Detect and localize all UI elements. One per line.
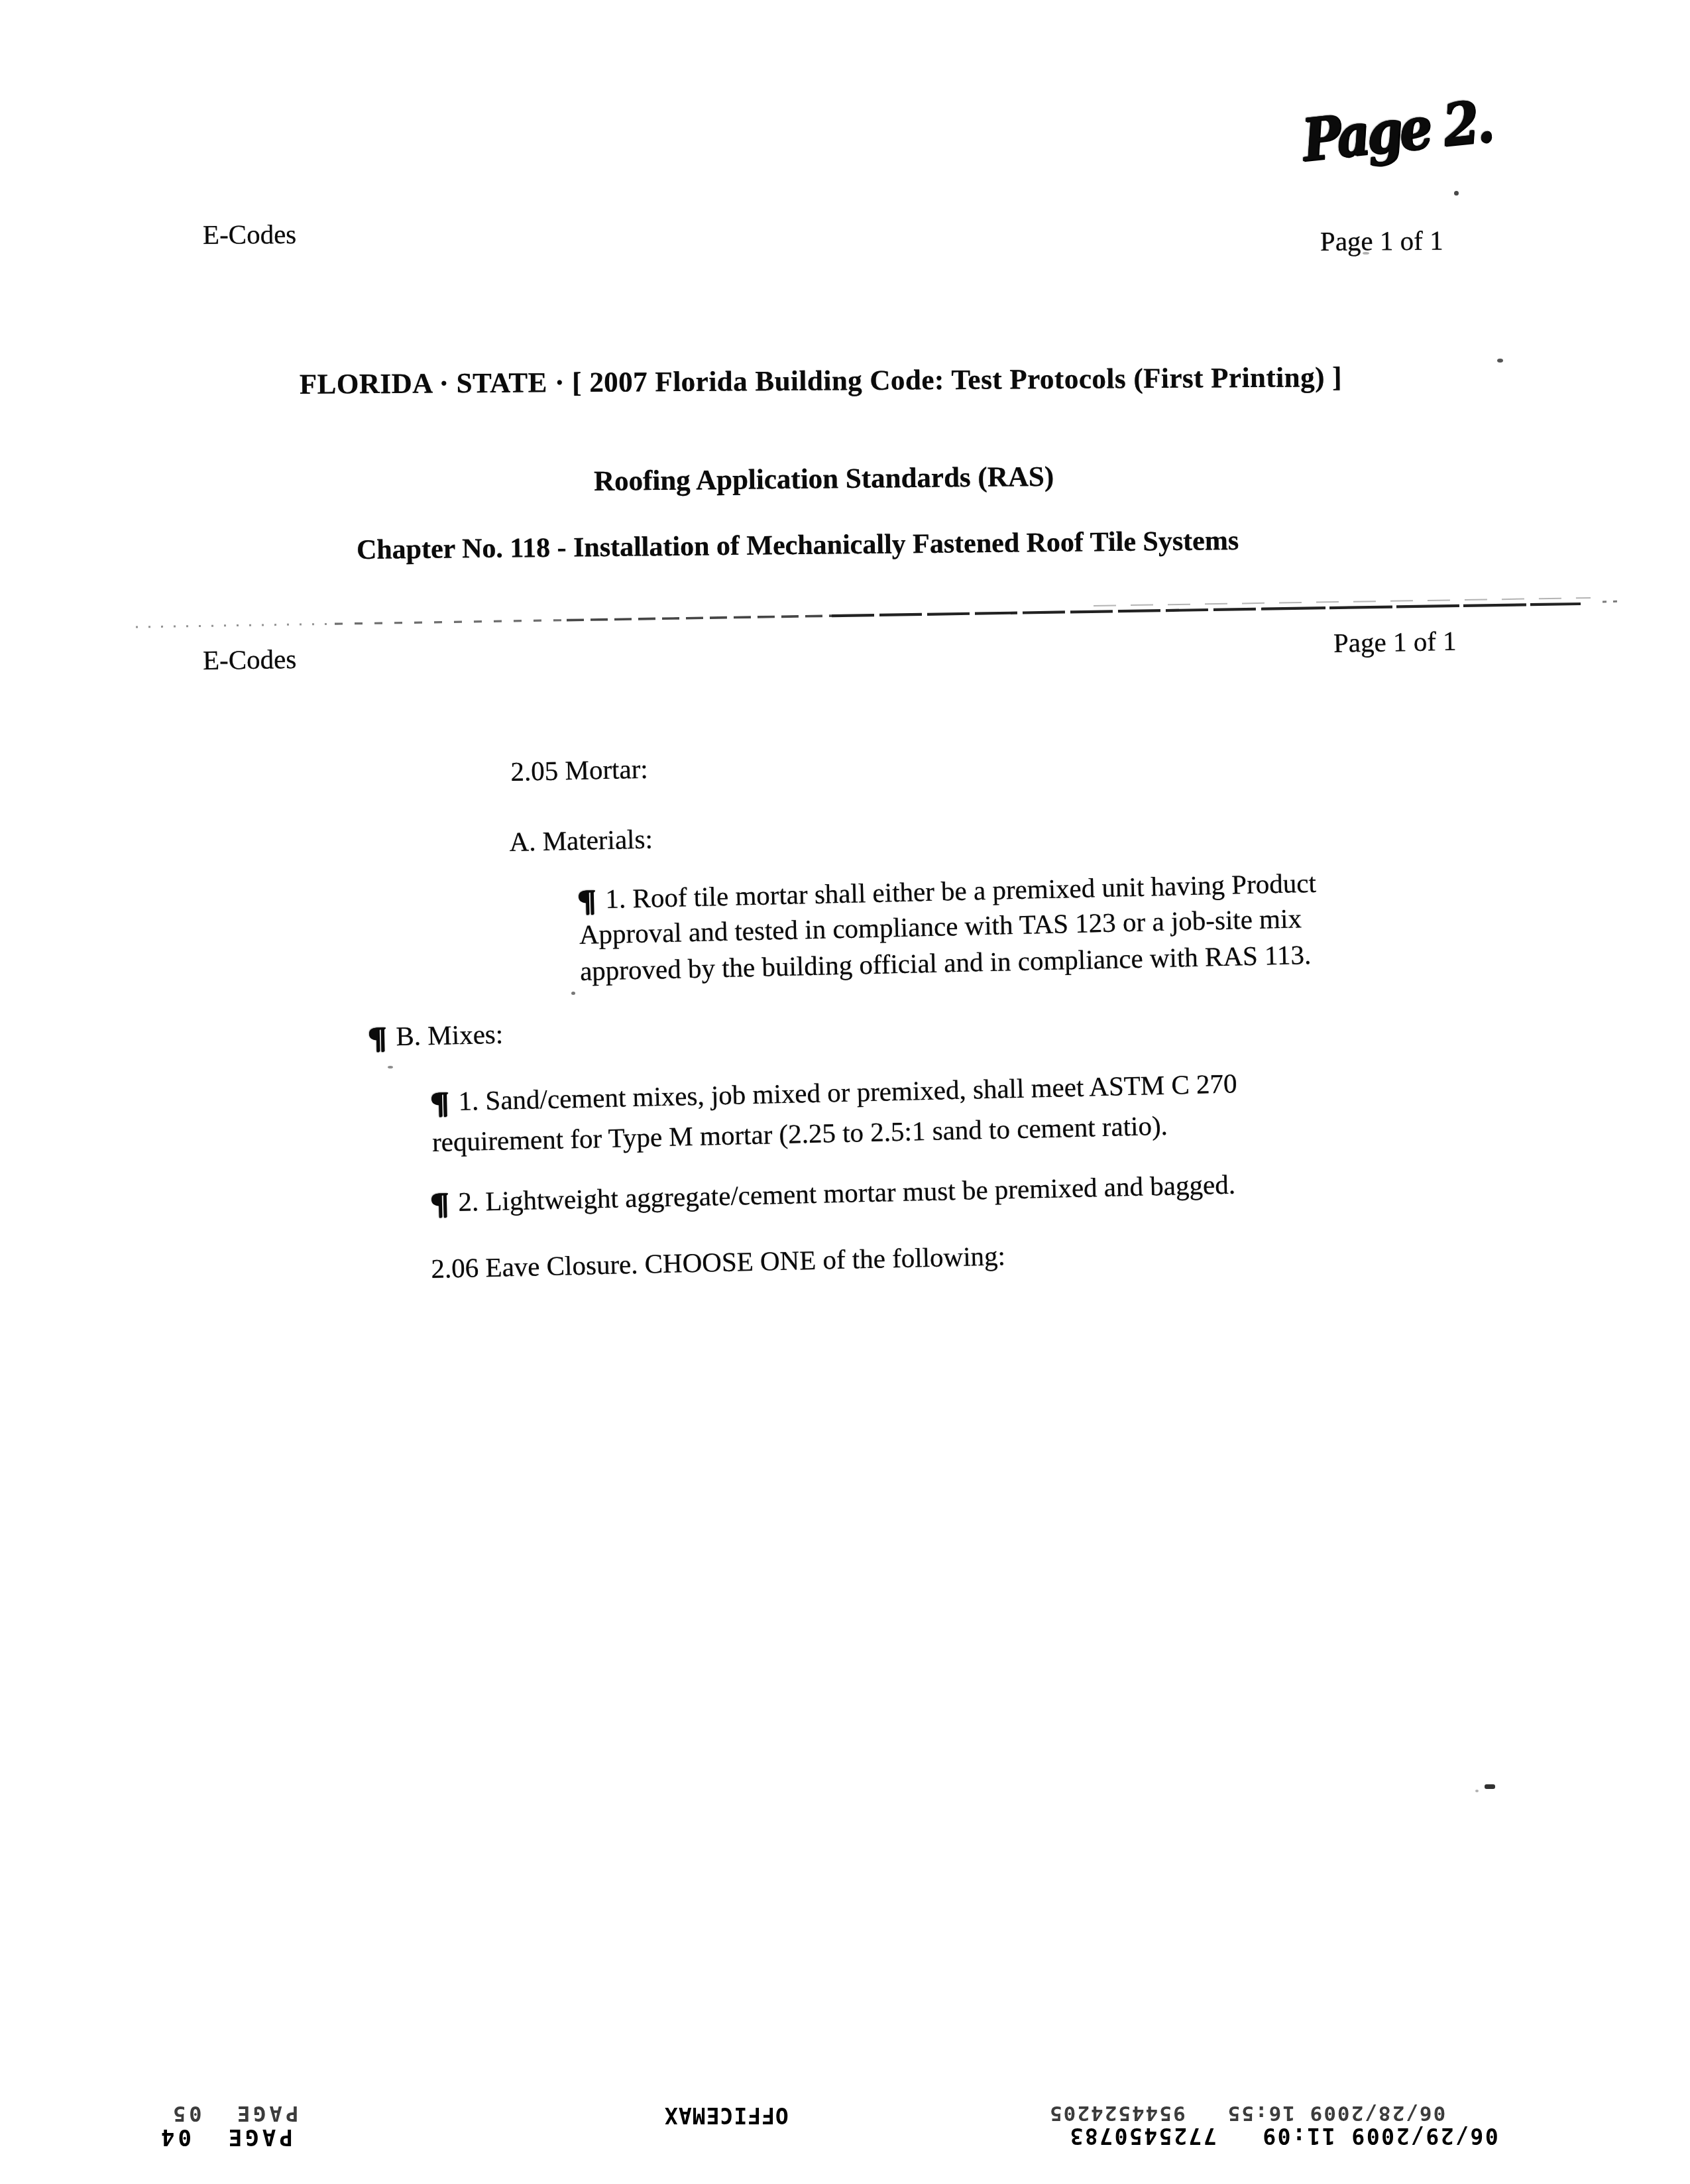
scan-speck <box>1475 1790 1479 1792</box>
section-heading-2-05: 2.05 Mortar: <box>510 753 648 787</box>
pilcrow-mark-icon: ¶ <box>577 882 596 919</box>
header-app-name: E-Codes <box>203 218 297 251</box>
handwritten-page-note: Page 2. <box>1298 87 1493 174</box>
pilcrow-mark-icon: ¶ <box>367 1019 387 1055</box>
paragraph-line: 2. Lightweight aggregate/cement mortar m… <box>458 1169 1235 1217</box>
mixes-heading-label: B. Mixes: <box>396 1019 504 1051</box>
mixes-paragraph-2: ¶2. Lightweight aggregate/cement mortar … <box>431 1165 1235 1219</box>
fax-page-number-lower: PAGE 04 <box>158 2124 293 2150</box>
scan-speck <box>1497 359 1503 363</box>
fax-page-number-upper: PAGE 05 <box>170 2101 298 2126</box>
scanned-fax-page: Page 2. E-Codes Page 1 of 1 FLORIDA · ST… <box>0 0 1690 2184</box>
document-chapter-heading: Chapter No. 118 - Installation of Mechan… <box>357 525 1239 566</box>
materials-heading: A. Materials: <box>509 823 653 858</box>
subheader-app-name: E-Codes <box>203 643 297 676</box>
header-page-count: Page 1 of 1 <box>1320 225 1443 257</box>
scan-speck <box>1485 1784 1495 1789</box>
scan-speck <box>1363 252 1369 255</box>
pilcrow-mark-icon: ¶ <box>429 1082 449 1123</box>
pilcrow-mark-icon: ¶ <box>429 1185 449 1221</box>
document-subtitle: Roofing Application Standards (RAS) <box>594 461 1054 498</box>
fax-header-line-lower: 06/29/2009 11:09 7725450783 <box>1068 2123 1498 2149</box>
fax-station-name: OFFICEMAX <box>664 2102 789 2128</box>
materials-paragraph-1: ¶1. Roof tile mortar shall either be a p… <box>578 864 1318 990</box>
section-heading-2-06: 2.06 Eave Closure. CHOOSE ONE of the fol… <box>431 1239 1005 1285</box>
scan-speck <box>1454 191 1459 196</box>
scan-speck <box>571 992 575 995</box>
document-title: FLORIDA · STATE · [ 2007 Florida Buildin… <box>300 361 1342 401</box>
mixes-paragraph-1: ¶1. Sand/cement mixes, job mixed or prem… <box>431 1062 1239 1163</box>
fax-header-line-upper: 06/28/2009 16:55 9544524205 <box>1048 2101 1445 2125</box>
subheader-page-count: Page 1 of 1 <box>1333 625 1457 659</box>
mixes-heading: ¶B. Mixes: <box>368 1015 504 1053</box>
scan-speck <box>388 1066 393 1068</box>
